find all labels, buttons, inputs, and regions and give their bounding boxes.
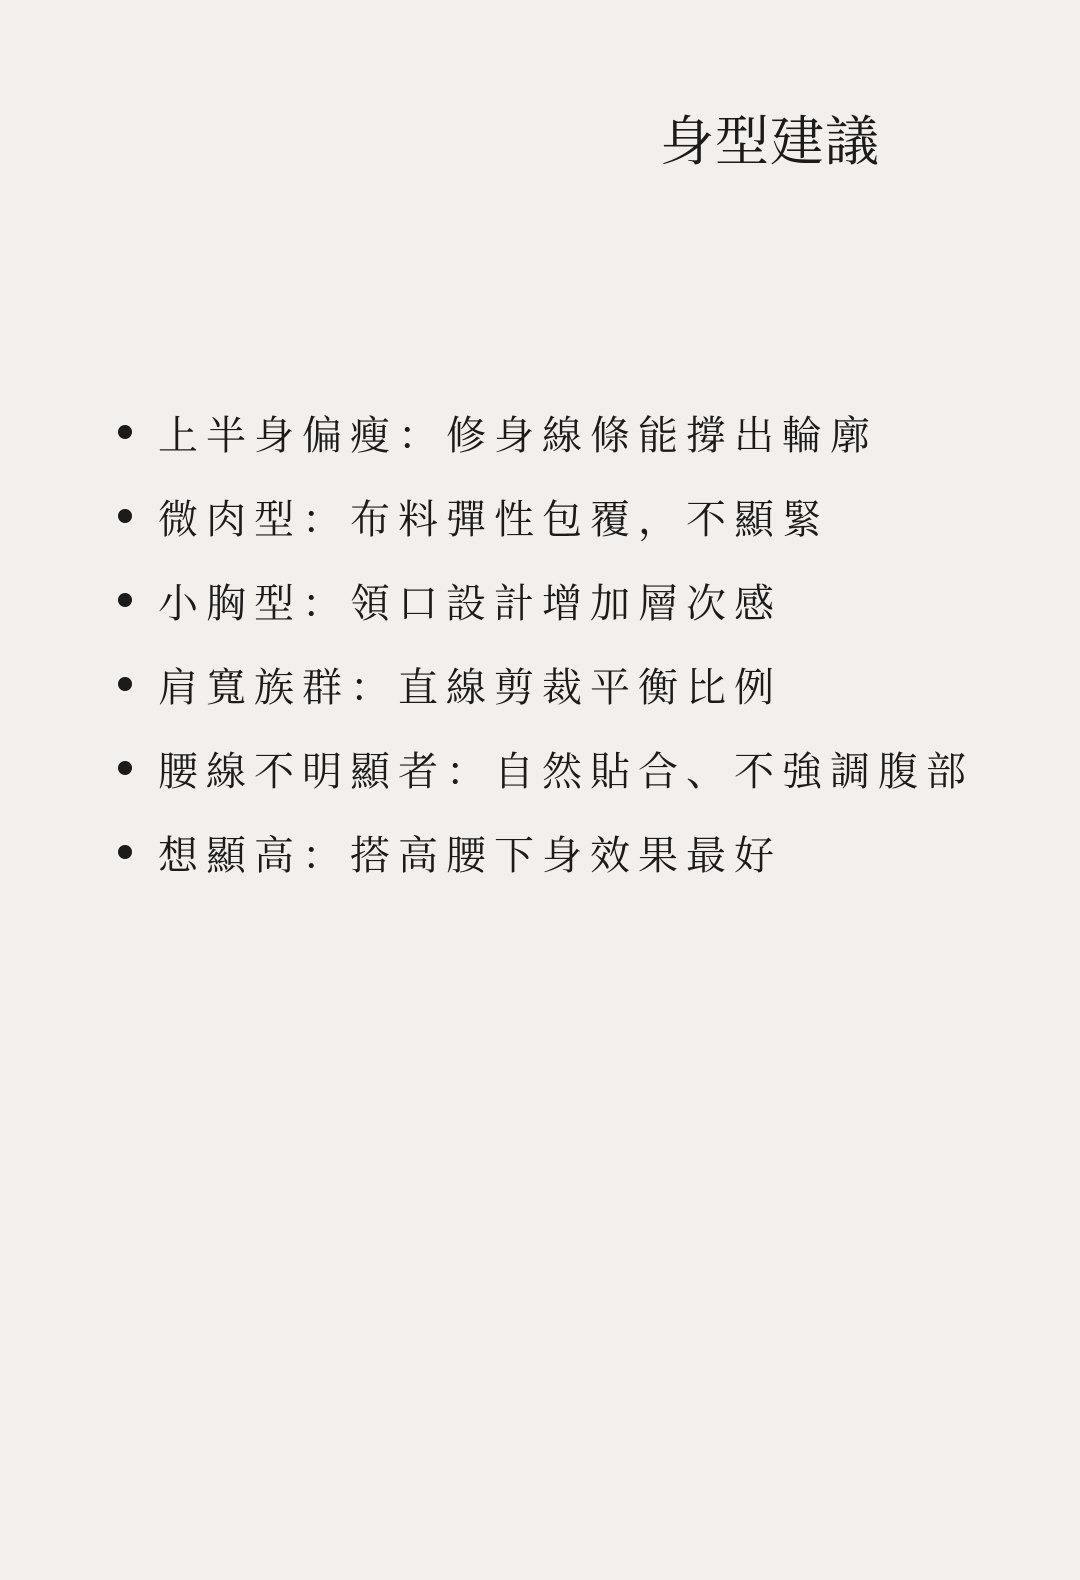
tip-label: 微肉型 bbox=[158, 488, 302, 545]
tip-separator: ： bbox=[350, 656, 398, 713]
bullet-icon bbox=[118, 845, 132, 859]
tip-separator: ： bbox=[446, 740, 494, 797]
tip-label: 想顯高 bbox=[158, 824, 302, 881]
list-item: 小胸型：領口設計增加層次感 bbox=[118, 558, 974, 642]
tip-label: 小胸型 bbox=[158, 572, 302, 629]
bullet-icon bbox=[118, 509, 132, 523]
bullet-icon bbox=[118, 593, 132, 607]
tip-advice: 搭高腰下身效果最好 bbox=[350, 824, 782, 881]
tip-separator: ： bbox=[302, 824, 350, 881]
list-item: 肩寬族群：直線剪裁平衡比例 bbox=[118, 642, 974, 726]
tip-label: 上半身偏瘦 bbox=[158, 404, 398, 461]
list-item: 微肉型：布料彈性包覆，不顯緊 bbox=[118, 474, 974, 558]
tip-advice: 自然貼合、不強調腹部 bbox=[494, 740, 974, 797]
bullet-icon bbox=[118, 425, 132, 439]
tip-separator: ： bbox=[398, 404, 446, 461]
tip-advice: 直線剪裁平衡比例 bbox=[398, 656, 782, 713]
list-item: 想顯高：搭高腰下身效果最好 bbox=[118, 810, 974, 894]
tip-label: 肩寬族群 bbox=[158, 656, 350, 713]
tip-separator: ： bbox=[302, 488, 350, 545]
list-item: 腰線不明顯者：自然貼合、不強調腹部 bbox=[118, 726, 974, 810]
tip-separator: ： bbox=[302, 572, 350, 629]
bullet-icon bbox=[118, 677, 132, 691]
bullet-icon bbox=[118, 761, 132, 775]
tip-advice: 修身線條能撐出輪廓 bbox=[446, 404, 878, 461]
page-title: 身型建議 bbox=[660, 104, 880, 180]
tip-advice: 領口設計增加層次感 bbox=[350, 572, 782, 629]
list-item: 上半身偏瘦：修身線條能撐出輪廓 bbox=[118, 390, 974, 474]
tip-advice: 布料彈性包覆，不顯緊 bbox=[350, 488, 830, 545]
tip-label: 腰線不明顯者 bbox=[158, 740, 446, 797]
body-type-tips-list: 上半身偏瘦：修身線條能撐出輪廓 微肉型：布料彈性包覆，不顯緊 小胸型：領口設計增… bbox=[118, 390, 974, 894]
